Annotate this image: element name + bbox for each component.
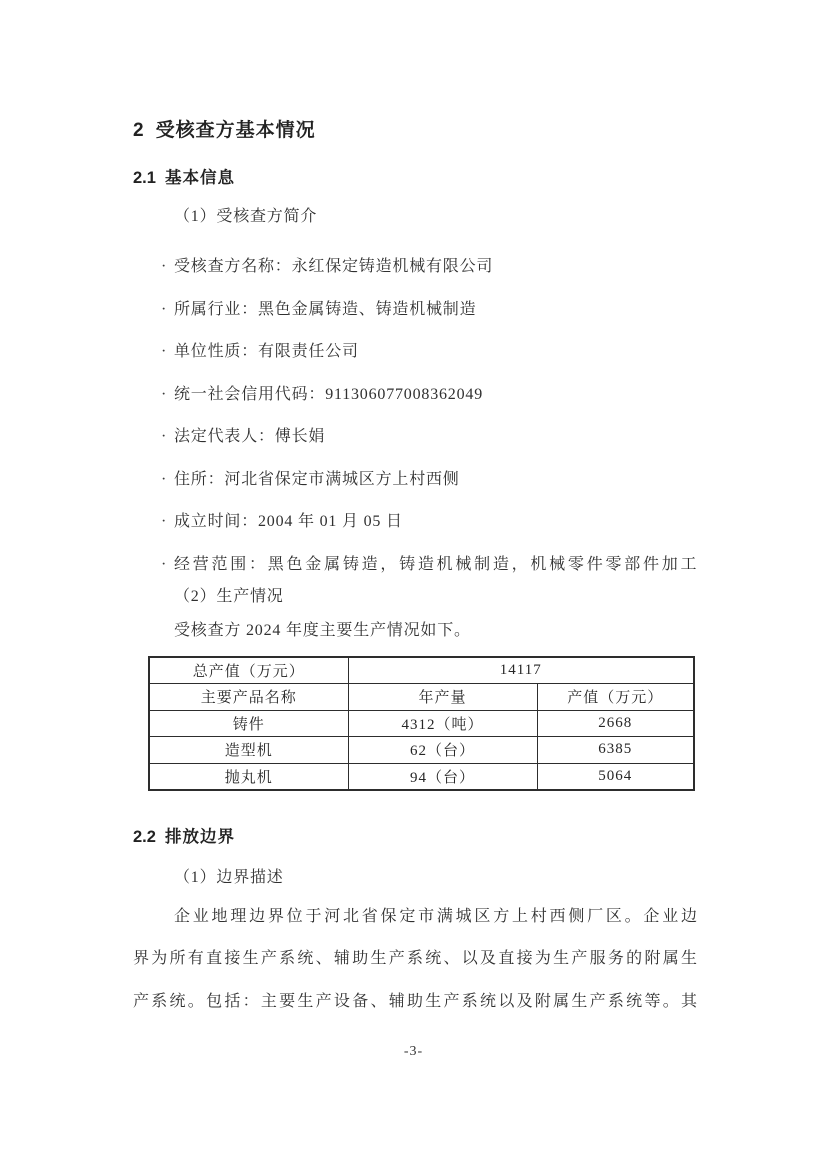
production-intro: 受核查方 2024 年度主要生产情况如下。 <box>174 621 471 641</box>
total-output-value: 14117 <box>348 657 694 684</box>
list-item: ·法定代表人：傅长娟 <box>161 423 325 446</box>
annual-output: 4312（吨） <box>348 710 537 737</box>
subsection-number: 2.2 <box>133 828 156 846</box>
table-row-total: 总产值（万元） 14117 <box>149 657 694 684</box>
boundary-sub-label: （1）边界描述 <box>174 868 284 888</box>
subsection-title: 基本信息 <box>165 169 235 187</box>
production-label: （2）生产情况 <box>174 587 284 607</box>
output-value: 5064 <box>537 763 694 790</box>
table-header-row: 主要产品名称 年产量 产值（万元） <box>149 684 694 711</box>
bullet-dot: · <box>161 258 174 276</box>
bullet-dot: · <box>161 301 174 319</box>
product-name: 铸件 <box>149 710 348 737</box>
product-name: 造型机 <box>149 737 348 764</box>
list-item-text: 受核查方名称：永红保定铸造机械有限公司 <box>174 258 493 275</box>
table-row: 铸件 4312（吨） 2668 <box>149 710 694 737</box>
column-header-annual-output: 年产量 <box>348 684 537 711</box>
table-row: 造型机 62（台） 6385 <box>149 737 694 764</box>
total-output-label: 总产值（万元） <box>149 657 348 684</box>
subsection-heading-basic-info: 2.1基本信息 <box>133 168 235 189</box>
list-item: ·成立时间：2004 年 01 月 05 日 <box>161 508 403 531</box>
production-table: 总产值（万元） 14117 主要产品名称 年产量 产值（万元） 铸件 4312（… <box>148 656 695 791</box>
annual-output: 62（台） <box>348 737 537 764</box>
paragraph-line: 企业地理边界位于河北省保定市满城区方上村西侧厂区。企业边 <box>174 907 697 926</box>
section-number: 2 <box>133 120 144 141</box>
column-header-output-value: 产值（万元） <box>537 684 694 711</box>
output-value: 6385 <box>537 737 694 764</box>
list-item-text: 住所：河北省保定市满城区方上村西侧 <box>174 471 460 488</box>
bullet-dot: · <box>161 428 174 446</box>
column-header-product: 主要产品名称 <box>149 684 348 711</box>
bullet-dot: · <box>161 471 174 489</box>
list-item: ·统一社会信用代码：911306077008362049 <box>161 381 483 404</box>
list-item: ·所属行业：黑色金属铸造、铸造机械制造 <box>161 296 476 319</box>
annual-output: 94（台） <box>348 763 537 790</box>
bullet-dot: · <box>161 386 174 404</box>
list-item: ·经营范围：黑色金属铸造，铸造机械制造，机械零件零部件加工 <box>161 551 697 574</box>
page-number: -3- <box>0 1044 827 1060</box>
product-name: 抛丸机 <box>149 763 348 790</box>
table-row: 抛丸机 94（台） 5064 <box>149 763 694 790</box>
list-item-text: 单位性质：有限责任公司 <box>174 343 359 360</box>
paragraph-line: 产系统。包括：主要生产设备、辅助生产系统以及附属生产系统等。其 <box>133 992 697 1011</box>
section-heading: 2受核查方基本情况 <box>133 119 316 143</box>
bullet-dot: · <box>161 556 174 574</box>
list-item-text: 所属行业：黑色金属铸造、铸造机械制造 <box>174 301 476 318</box>
list-item-text: 经营范围：黑色金属铸造，铸造机械制造，机械零件零部件加工 <box>174 551 697 574</box>
bullet-dot: · <box>161 513 174 531</box>
document-page: 2受核查方基本情况 2.1基本信息 （1）受核查方简介 ·受核查方名称：永红保定… <box>0 0 827 1169</box>
bullet-dot: · <box>161 343 174 361</box>
list-item-text: 统一社会信用代码：911306077008362049 <box>174 386 483 403</box>
section-title: 受核查方基本情况 <box>156 120 316 141</box>
subsection-heading-emission-boundary: 2.2排放边界 <box>133 827 235 848</box>
list-item: ·受核查方名称：永红保定铸造机械有限公司 <box>161 253 493 276</box>
subsection-title: 排放边界 <box>165 828 235 846</box>
subsection-number: 2.1 <box>133 169 156 187</box>
paragraph-line: 界为所有直接生产系统、辅助生产系统、以及直接为生产服务的附属生 <box>133 949 697 968</box>
list-item: ·单位性质：有限责任公司 <box>161 338 359 361</box>
list-item: ·住所：河北省保定市满城区方上村西侧 <box>161 466 460 489</box>
output-value: 2668 <box>537 710 694 737</box>
list-item-text: 成立时间：2004 年 01 月 05 日 <box>174 513 403 530</box>
intro-label: （1）受核查方简介 <box>174 207 317 227</box>
list-item-text: 法定代表人：傅长娟 <box>174 428 325 445</box>
